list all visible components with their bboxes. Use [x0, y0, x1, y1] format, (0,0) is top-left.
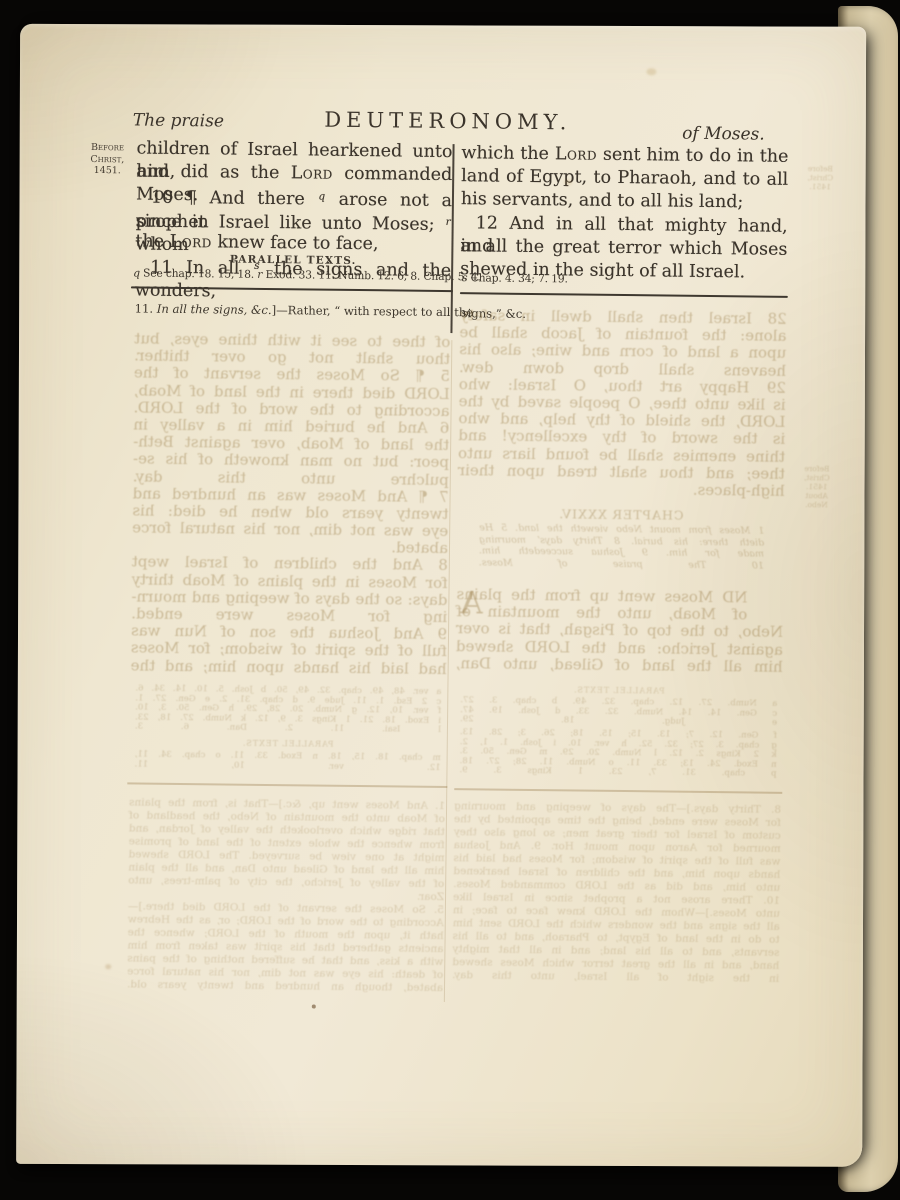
- text-line: thine enemies shall be found liars unto: [458, 445, 785, 466]
- text-line: 8 And the children of Israel wept: [132, 554, 448, 575]
- paper-stain: [564, 179, 572, 185]
- text-segment: signs,” &c.: [462, 306, 526, 321]
- text-line: [127, 991, 443, 1008]
- bleedthrough-rule-left: [127, 782, 447, 787]
- text-segment: his servants, and to all his land;: [461, 190, 744, 213]
- text-line: abated.: [132, 537, 448, 558]
- text-line: mourned for Aaron upon mount Hor. 9. And…: [454, 839, 781, 856]
- bleedthrough-left-verses: of thee to see it with thine eyes, butth…: [131, 330, 451, 677]
- text-line: 12. ver. 10, 11.: [134, 760, 440, 773]
- text-line: Before: [788, 464, 846, 474]
- text-segment: the: [135, 231, 169, 251]
- text-line: twenty years old when he died: his: [132, 502, 448, 523]
- bleedthrough-chapter-heading: CHAPTER XXXIV.: [457, 505, 784, 524]
- text-line: of Moab unto the mountain of Nebo, the h…: [129, 809, 445, 826]
- text-line: hath it, upon the mouth of the LORD; whe…: [128, 926, 444, 943]
- text-line: About: [788, 491, 846, 501]
- text-line: Nebo.: [787, 500, 845, 510]
- text-line: 10 The praise of Moses.: [479, 557, 764, 572]
- text-segment: and did as the: [136, 162, 291, 184]
- text-line: might at one view be surveyed. The LORD …: [128, 848, 444, 865]
- text-line: 1451.: [791, 182, 849, 192]
- text-line: ancients gathered that his spirit was ta…: [127, 939, 443, 956]
- text-line: made for him. 9 Joshua succeedeth him.: [479, 545, 764, 560]
- text-line: pulchre unto this day.: [133, 468, 449, 489]
- text-line: n Exod. 24. 13; 33. 11. o Numb. 11. 28; …: [460, 757, 777, 770]
- text-line: abated, though an hundred and twenty yea…: [127, 978, 443, 995]
- text-line: ND Moses went up from the plains: [456, 586, 783, 607]
- text-segment: in all the great terror which Moses: [460, 236, 787, 260]
- text-line: LORD, the shield of thy help, and who: [458, 410, 785, 431]
- bleedthrough-refs-right-2: f Gen. 12. 7; 13. 15; 15. 18; 26. 3; 28.…: [459, 728, 777, 780]
- section-rule-right: [460, 292, 788, 298]
- paper-stain: [646, 68, 656, 75]
- text-line: 6 And he buried him in a valley in: [133, 416, 449, 437]
- text-line: in the sight of all Israel, unto this da…: [452, 969, 779, 986]
- text-segment: Lord: [555, 144, 597, 164]
- text-segment: 11.: [135, 301, 157, 315]
- text-line: Zoar.: [128, 887, 444, 904]
- text-line: from whence the whole extent of the land…: [129, 835, 445, 852]
- text-line: hands upon him, and the children of Isra…: [453, 865, 780, 882]
- text-line: of death: his eye was not dim, nor his n…: [127, 965, 443, 982]
- text-line: that ridge which overlooketh the valley …: [129, 822, 445, 839]
- text-line: 1. And Moses went up, &c.]—That is, from…: [129, 796, 445, 813]
- text-segment: sent him to do in the: [597, 145, 789, 167]
- text-line: his servants, and to all his land;: [461, 189, 788, 216]
- text-line: e Judg. 18. 29.: [460, 715, 777, 728]
- text-line: the land of Moab, over against Beth-: [133, 434, 449, 455]
- text-line: upon a land of corn and wine; also his: [459, 342, 786, 363]
- text-line: c Gen. 14. 14. Numb. 32. 33. d Josh. 19.…: [460, 706, 777, 719]
- text-line: unto Moses.]—Whom the LORD knew face to …: [453, 904, 780, 921]
- text-line: for Moses were ended, being the time app…: [454, 813, 781, 830]
- text-line: 5. So Moses the servant of the LORD died…: [128, 900, 444, 917]
- text-line: days: so the days of weeping and mourn-: [131, 588, 447, 609]
- text-line: dieth there: his burial. 8 Thirty days’ …: [479, 534, 764, 549]
- text-line: 29 Happy art thou, O Israel: who: [459, 376, 786, 397]
- text-line: him all the land of Gilead, unto Dan,: [456, 655, 783, 676]
- text-line: all the signs and the wonders which the …: [453, 917, 780, 934]
- bleedthrough-refs-right-1: a Numb. 27. 12. chap. 32. 49. b chap. 3.…: [460, 696, 777, 728]
- text-line: according to the word of the LORD.: [133, 399, 449, 420]
- text-line: 9 And Joshua the son of Nun was: [131, 623, 447, 644]
- text-line: custom of Israel for their great men; so…: [454, 826, 781, 843]
- commentary-note-left: 11. In all the signs, &c.]—Rather, “ wit…: [135, 301, 453, 320]
- paper-stain: [105, 964, 111, 969]
- bleedthrough-margin-note-1: BeforeChrist,1451.: [791, 164, 849, 192]
- text-line: LORD died there in the land of Moab,: [134, 382, 450, 403]
- text-line: thee; and thou shalt tread upon their: [458, 462, 785, 483]
- text-segment: Lord: [291, 163, 333, 183]
- text-line: Christ,: [791, 173, 849, 183]
- bleedthrough-margin-note-2: BeforeChrist,1451.AboutNebo.: [787, 464, 846, 510]
- text-line: peor: but no man knoweth of his se-: [133, 451, 449, 472]
- text-line: of the valley of Jericho, the city of pa…: [128, 874, 444, 891]
- text-segment: Chap. 4. 34; 7. 19.: [467, 271, 567, 285]
- commentary-note-right: signs,” &c.: [462, 306, 682, 323]
- text-line: [452, 982, 779, 999]
- running-head-right: of Moses.: [620, 123, 765, 145]
- page-content: The praise DEUTERONOMY. of Moses. Before…: [8, 23, 867, 1173]
- bleedthrough-rule-right: [454, 788, 782, 793]
- text-segment: which the: [461, 143, 555, 164]
- text-line: eye was not dim, nor his natural force: [132, 520, 448, 541]
- text-line: Nebo, to the top of Pisgah, that is over: [456, 621, 783, 642]
- text-line: 10 ¶ And there q arose not a prophet: [136, 184, 452, 211]
- text-line: servants, and to all his land; and in al…: [452, 943, 779, 960]
- text-line: with a kiss, and that he suffered nothin…: [127, 952, 443, 969]
- text-segment: 10 ¶ And there: [151, 188, 318, 210]
- bleedthrough-refs-left-1: a ver. 48, 49. chap. 32. 49, 50. b Josh.…: [135, 685, 442, 736]
- text-line: is like unto thee, O people saved by the: [459, 393, 786, 414]
- text-segment: knew face to face,: [212, 232, 379, 254]
- text-line: is the sword of thy excellency! and: [458, 427, 785, 448]
- text-line: thou shalt not go over thither.: [134, 348, 450, 369]
- text-line: c 2 Esd. 1. 11. Jude 9. d chap. 31. 2. e…: [135, 694, 441, 707]
- book-page: The praise DEUTERONOMY. of Moses. Before…: [16, 24, 866, 1167]
- running-head-left: The praise: [133, 110, 273, 132]
- text-line: 1451.: [77, 165, 137, 177]
- text-line: for Moses in the plains of Moab thirty: [132, 571, 448, 592]
- text-line: f ver. 10, 12. g Numb. 20. 28, 29. h Gen…: [135, 704, 441, 717]
- text-line: ing for Moses were ended.: [131, 605, 447, 626]
- text-line: signs,” &c.: [462, 306, 682, 323]
- text-line: p chap. 31. 7, 23. 1 Kings 3. 9.: [459, 767, 776, 780]
- text-line: unto him, and did as the LORD commanded …: [453, 878, 780, 895]
- text-line: full of the spirit of wisdom; for Moses: [131, 640, 447, 661]
- text-line: of Moab, unto the mountain of: [456, 603, 783, 624]
- text-line: 1 Moses from mount Nebo vieweth the land…: [479, 522, 764, 537]
- text-line: against Jericho: and the LORD shewed: [456, 638, 783, 659]
- margin-note-before-christ: BeforeChrist,1451.: [77, 142, 137, 177]
- text-line: a Numb. 27. 12. chap. 32. 49. b chap. 3.…: [460, 696, 777, 709]
- bleedthrough-refs-left-2: m chap. 18. 15, 18. n Exod. 33. 11. o ch…: [134, 750, 440, 773]
- text-line: hand, and in all the great terror which …: [452, 956, 779, 973]
- bleedthrough-parallel-heading-right: PARALLEL TEXTS.: [455, 684, 782, 697]
- text-line: g chap. 3. 27; 32. 52. h ver. 10. i Josh…: [460, 738, 777, 751]
- text-line: had laid his hands upon him; and the: [131, 657, 447, 678]
- scripture-column-right: which the Lord sent him to do in theland…: [460, 142, 789, 285]
- text-line: k 2 Kings 2. 12. l Numb. 20. 29. m Gen. …: [460, 747, 777, 760]
- text-line: since in Israel like unto Moses; r whom: [136, 207, 452, 234]
- text-line: 12 And in all that mighty hand, and: [461, 212, 788, 239]
- text-line: Before: [791, 164, 849, 174]
- text-line: m chap. 18. 15, 18. n Exod. 33. 11. o ch…: [135, 750, 441, 763]
- text-segment: Lord: [170, 232, 212, 252]
- text-line: 1451.: [788, 482, 846, 492]
- text-line: Christ,: [77, 153, 137, 165]
- text-line: i Exod. 18. 21. 1 Kings 3. 9, 12. k Numb…: [135, 713, 441, 726]
- text-line: 7 ¶ And Moses was an hundred and: [133, 485, 449, 506]
- bleedthrough-commentary-right: 8. Thirty days.]—The days of weeping and…: [452, 800, 781, 999]
- text-line: 11. In all the signs, &c.]—Rather, “ wit…: [135, 301, 453, 320]
- text-line: 5 ¶ So Moses the servant of the: [134, 365, 450, 386]
- scanned-book-photo: { "colors":{"paper":"#efe7d1","ink":"#3b…: [0, 0, 900, 1200]
- text-segment: q: [317, 191, 326, 203]
- text-line: l Isai. 11. 2. Dan. 6. 3.: [135, 723, 441, 736]
- paper-speck: [312, 1005, 316, 1009]
- text-line: heavens shall drop down dew.: [459, 359, 786, 380]
- text-segment: See chap. 18. 15, 18.: [140, 267, 258, 281]
- text-line: Christ,: [788, 473, 846, 483]
- text-segment: Exod. 33. 11. Numb. 12. 6, 8. Chap. 5. 4…: [262, 268, 481, 283]
- text-line: f Gen. 12. 7; 13. 15; 15. 18; 26. 3; 28.…: [460, 728, 777, 741]
- parallel-texts-right: s Chap. 4. 34; 7. 19.: [462, 271, 782, 289]
- text-line: 10. There arose not a prophet since in I…: [453, 891, 780, 908]
- text-line: of thee to see it with thine eyes, but: [134, 330, 450, 351]
- text-line: high-places.: [458, 479, 785, 500]
- bleedthrough-right-verses-1: 28 Israel then shall dwell in safetyalon…: [458, 307, 787, 500]
- text-line: alone: the fountain of Jacob shall be: [459, 324, 786, 345]
- text-segment: ]—Rather, “ with respect to all the: [272, 303, 474, 319]
- bleedthrough-column-divider: [444, 340, 453, 1002]
- text-line: 8. Thirty days.]—The days of weeping and…: [454, 800, 781, 817]
- bleedthrough-right-verses-2: ND Moses went up from the plainsof Moab,…: [456, 586, 784, 676]
- text-segment: In all the signs, &c.: [157, 302, 272, 317]
- bleedthrough-parallel-heading: PARALLEL TEXTS.: [130, 737, 446, 750]
- text-line: s Chap. 4. 34; 7. 19.: [462, 271, 782, 289]
- bleedthrough-chapter-summary: 1 Moses from mount Nebo vieweth the land…: [479, 522, 765, 571]
- bleedthrough-dropcap: A: [460, 588, 483, 619]
- text-segment: land of Egypt, to Pharaoh, and to all: [461, 166, 788, 190]
- text-line: a ver. 48, 49. chap. 32. 49, 50. b Josh.…: [135, 685, 441, 698]
- text-line: to do in the land of Egypt, to Pharaoh, …: [453, 930, 780, 947]
- text-line: was full of the spirit of wisdom; for Mo…: [453, 852, 780, 869]
- text-line: According to the word of the LORD; or, a…: [128, 913, 444, 930]
- text-line: him all the land of Gilead unto Dan, and…: [128, 861, 444, 878]
- bleedthrough-commentary-left: 1. And Moses went up, &c.]—That is, from…: [127, 796, 445, 1008]
- page-title: DEUTERONOMY.: [263, 107, 633, 135]
- text-line: Before: [77, 142, 137, 154]
